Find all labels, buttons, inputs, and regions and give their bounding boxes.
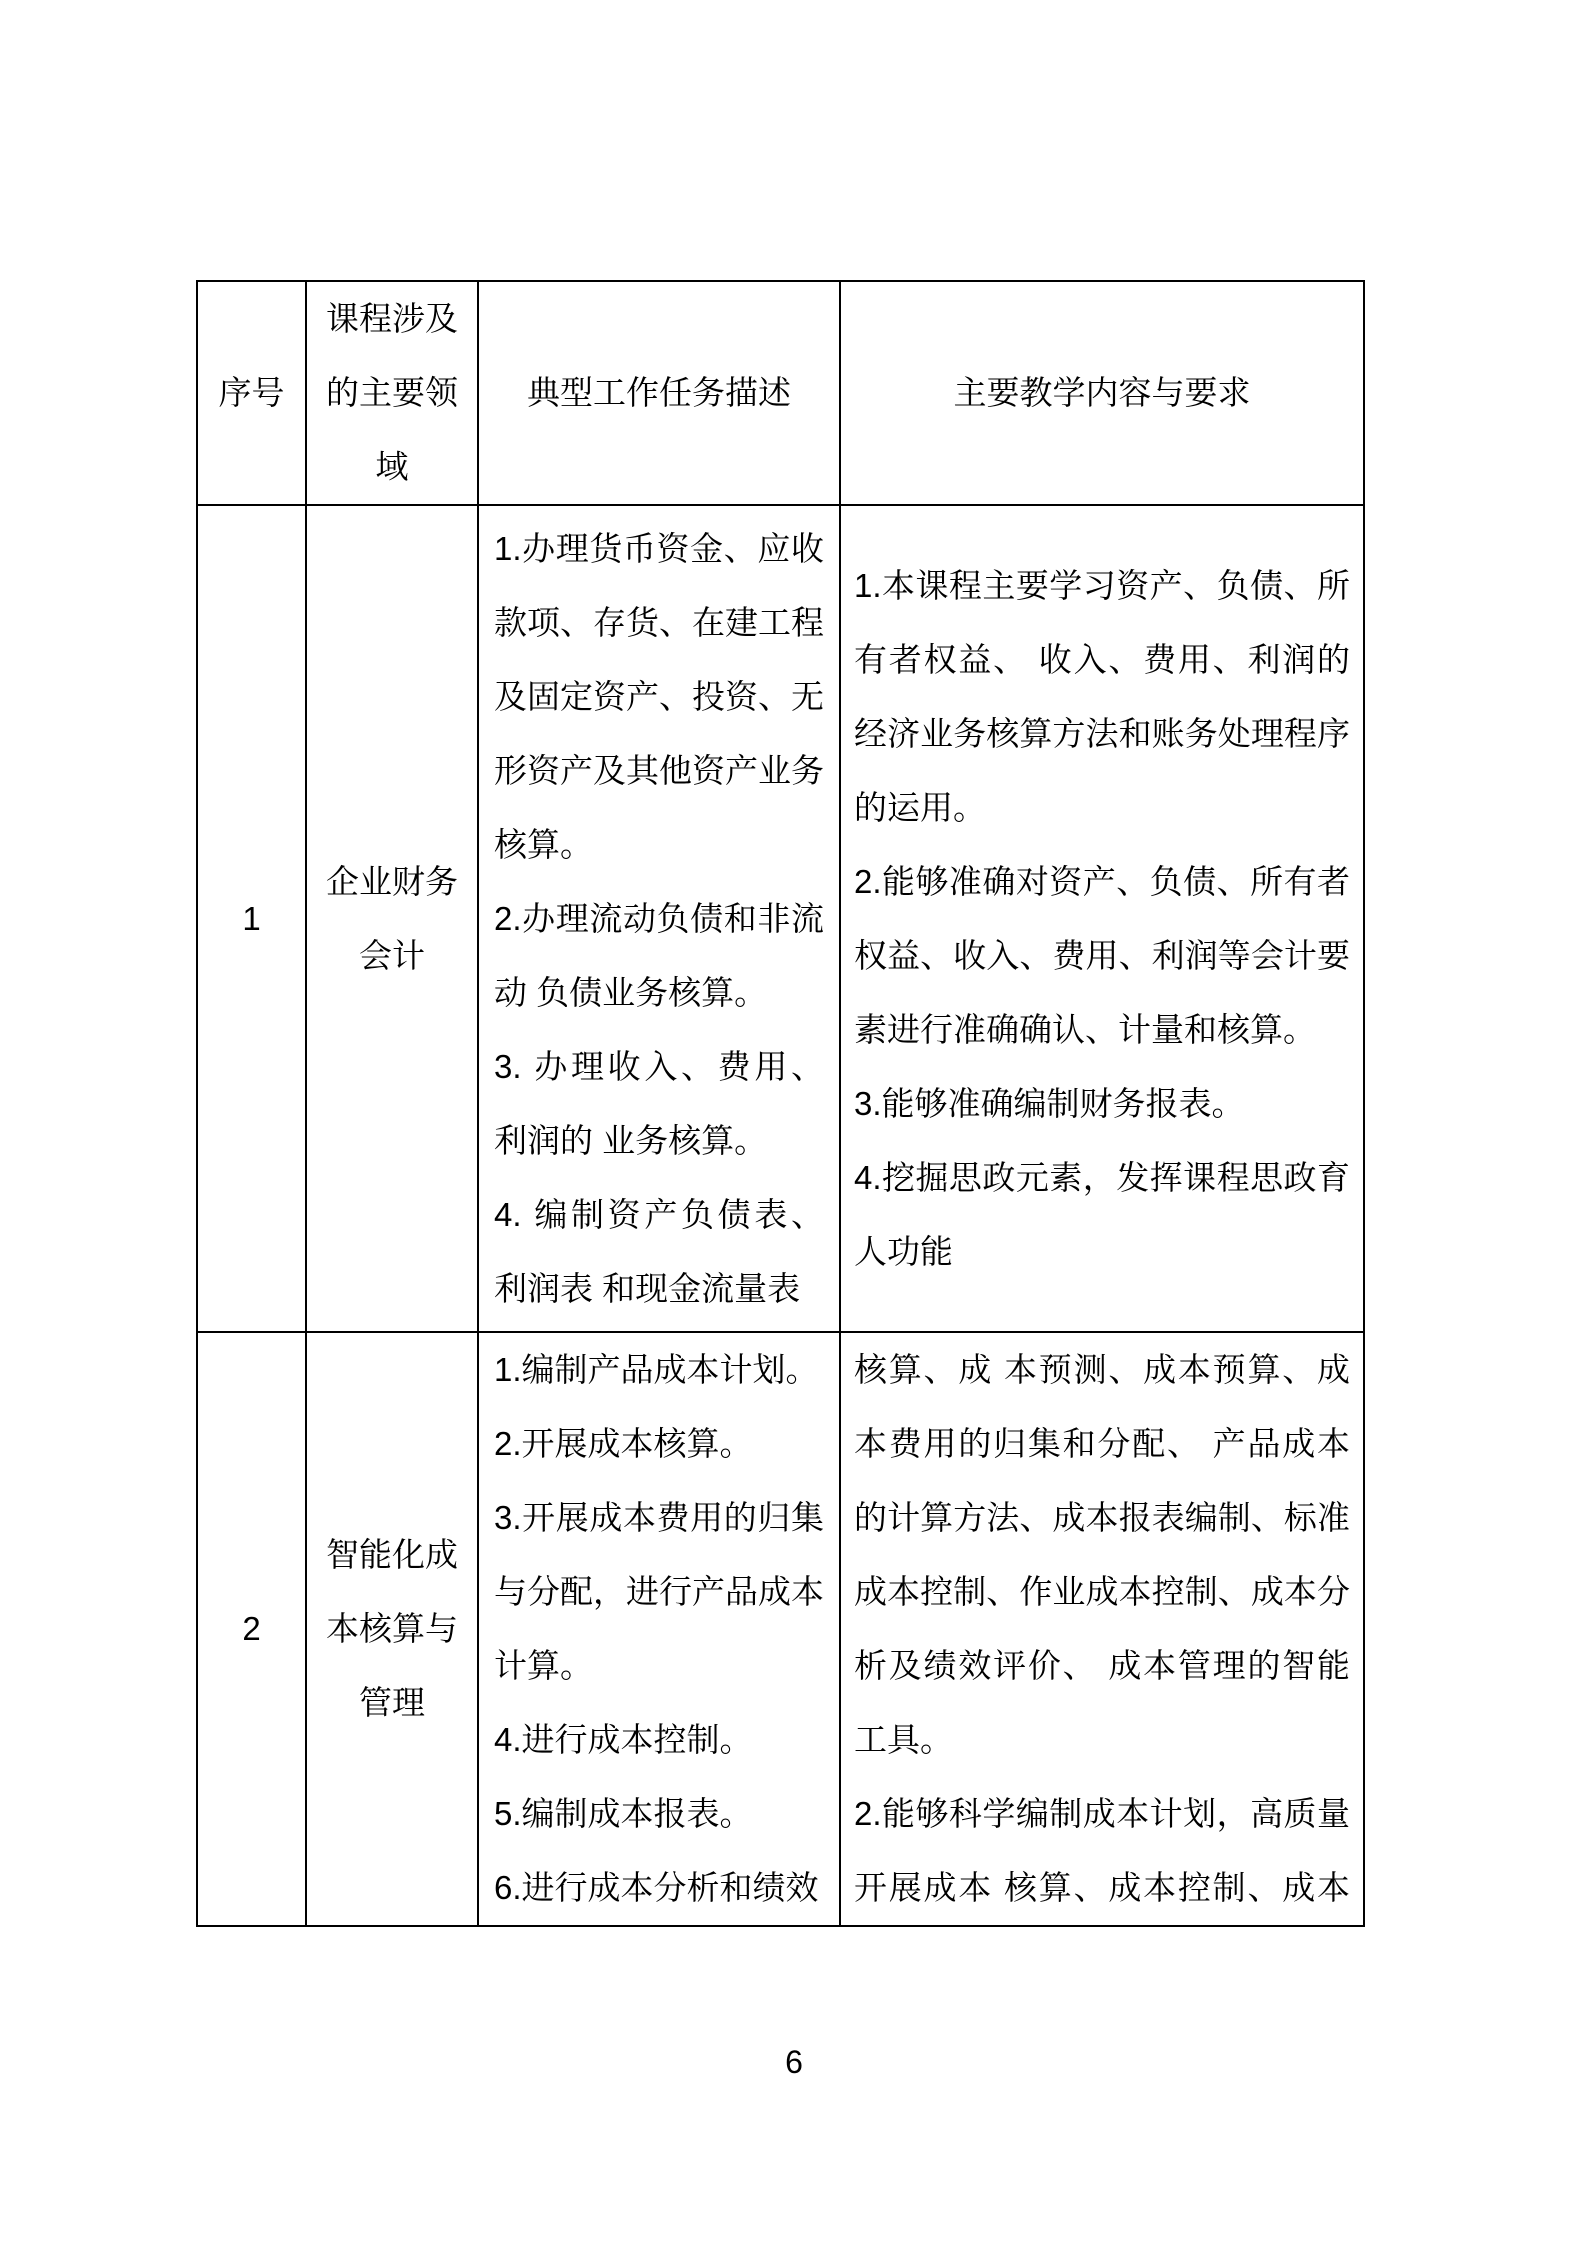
document-page: 序号 课程涉及的主要领域 典型工作任务描述 主要教学内容与要求 1 企业财务会计… <box>0 0 1588 2245</box>
content-paragraph: 1.本课程主要学习资产、负债、所有者权益、 收入、费用、利润的经济业务核算方法和… <box>854 549 1350 845</box>
table-row: 1 企业财务会计 1.办理货币资金、应收款项、存货、在建工程及固定资产、投资、无… <box>197 505 1364 1332</box>
course-table: 序号 课程涉及的主要领域 典型工作任务描述 主要教学内容与要求 1 企业财务会计… <box>196 280 1365 1927</box>
task-paragraph: 1.编制产品成本计划。 <box>494 1335 824 1407</box>
content-paragraph: 2.能够科学编制成本计划，高质量开展成本 核算、成本控制、成本分析 <box>854 1777 1350 1923</box>
row2-content: 1.本课程主要学习成本计划、成本核算、成 本预测、成本预算、成本费用的归集和分配… <box>840 1332 1364 1926</box>
header-cell-domain: 课程涉及的主要领域 <box>306 281 478 505</box>
task-paragraph: 5.编制成本报表。 <box>494 1777 824 1851</box>
header-cell-index: 序号 <box>197 281 306 505</box>
row1-index: 1 <box>197 505 306 1332</box>
task-paragraph: 3. 办理收入、费用、利润的 业务核算。 <box>494 1030 824 1178</box>
task-paragraph: 1.办理货币资金、应收款项、存货、在建工程及固定资产、投资、无形资产及其他资产业… <box>494 512 824 882</box>
row2-domain: 智能化成本核算与管理 <box>306 1332 478 1926</box>
page-number: 6 <box>0 2042 1588 2082</box>
task-paragraph: 3.开展成本费用的归集与分配，进行产品成本计算。 <box>494 1481 824 1703</box>
row2-tasks: 1.编制产品成本计划。 2.开展成本核算。 3.开展成本费用的归集与分配，进行产… <box>478 1332 840 1926</box>
header-cell-tasks: 典型工作任务描述 <box>478 281 840 505</box>
content-paragraph: 3.能够准确编制财务报表。 <box>854 1067 1350 1141</box>
row2-index: 2 <box>197 1332 306 1926</box>
task-paragraph: 2.开展成本核算。 <box>494 1407 824 1481</box>
row1-content: 1.本课程主要学习资产、负债、所有者权益、 收入、费用、利润的经济业务核算方法和… <box>840 505 1364 1332</box>
table-row: 2 智能化成本核算与管理 1.编制产品成本计划。 2.开展成本核算。 3.开展成… <box>197 1332 1364 1926</box>
content-paragraph: 1.本课程主要学习成本计划、成本核算、成 本预测、成本预算、成本费用的归集和分配… <box>854 1335 1350 1777</box>
header-cell-content: 主要教学内容与要求 <box>840 281 1364 505</box>
task-paragraph: 6.进行成本分析和绩效 <box>494 1851 824 1923</box>
content-paragraph: 4.挖掘思政元素，发挥课程思政育人功能 <box>854 1141 1350 1289</box>
content-paragraph: 2.能够准确对资产、负债、所有者权益、收入、费用、利润等会计要素进行准确确认、计… <box>854 845 1350 1067</box>
task-paragraph: 4. 编制资产负债表、利润表 和现金流量表 <box>494 1178 824 1326</box>
row1-tasks: 1.办理货币资金、应收款项、存货、在建工程及固定资产、投资、无形资产及其他资产业… <box>478 505 840 1332</box>
task-paragraph: 4.进行成本控制。 <box>494 1703 824 1777</box>
task-paragraph: 2.办理流动负债和非流动 负债业务核算。 <box>494 882 824 1030</box>
row1-domain: 企业财务会计 <box>306 505 478 1332</box>
table-header-row: 序号 课程涉及的主要领域 典型工作任务描述 主要教学内容与要求 <box>197 281 1364 505</box>
